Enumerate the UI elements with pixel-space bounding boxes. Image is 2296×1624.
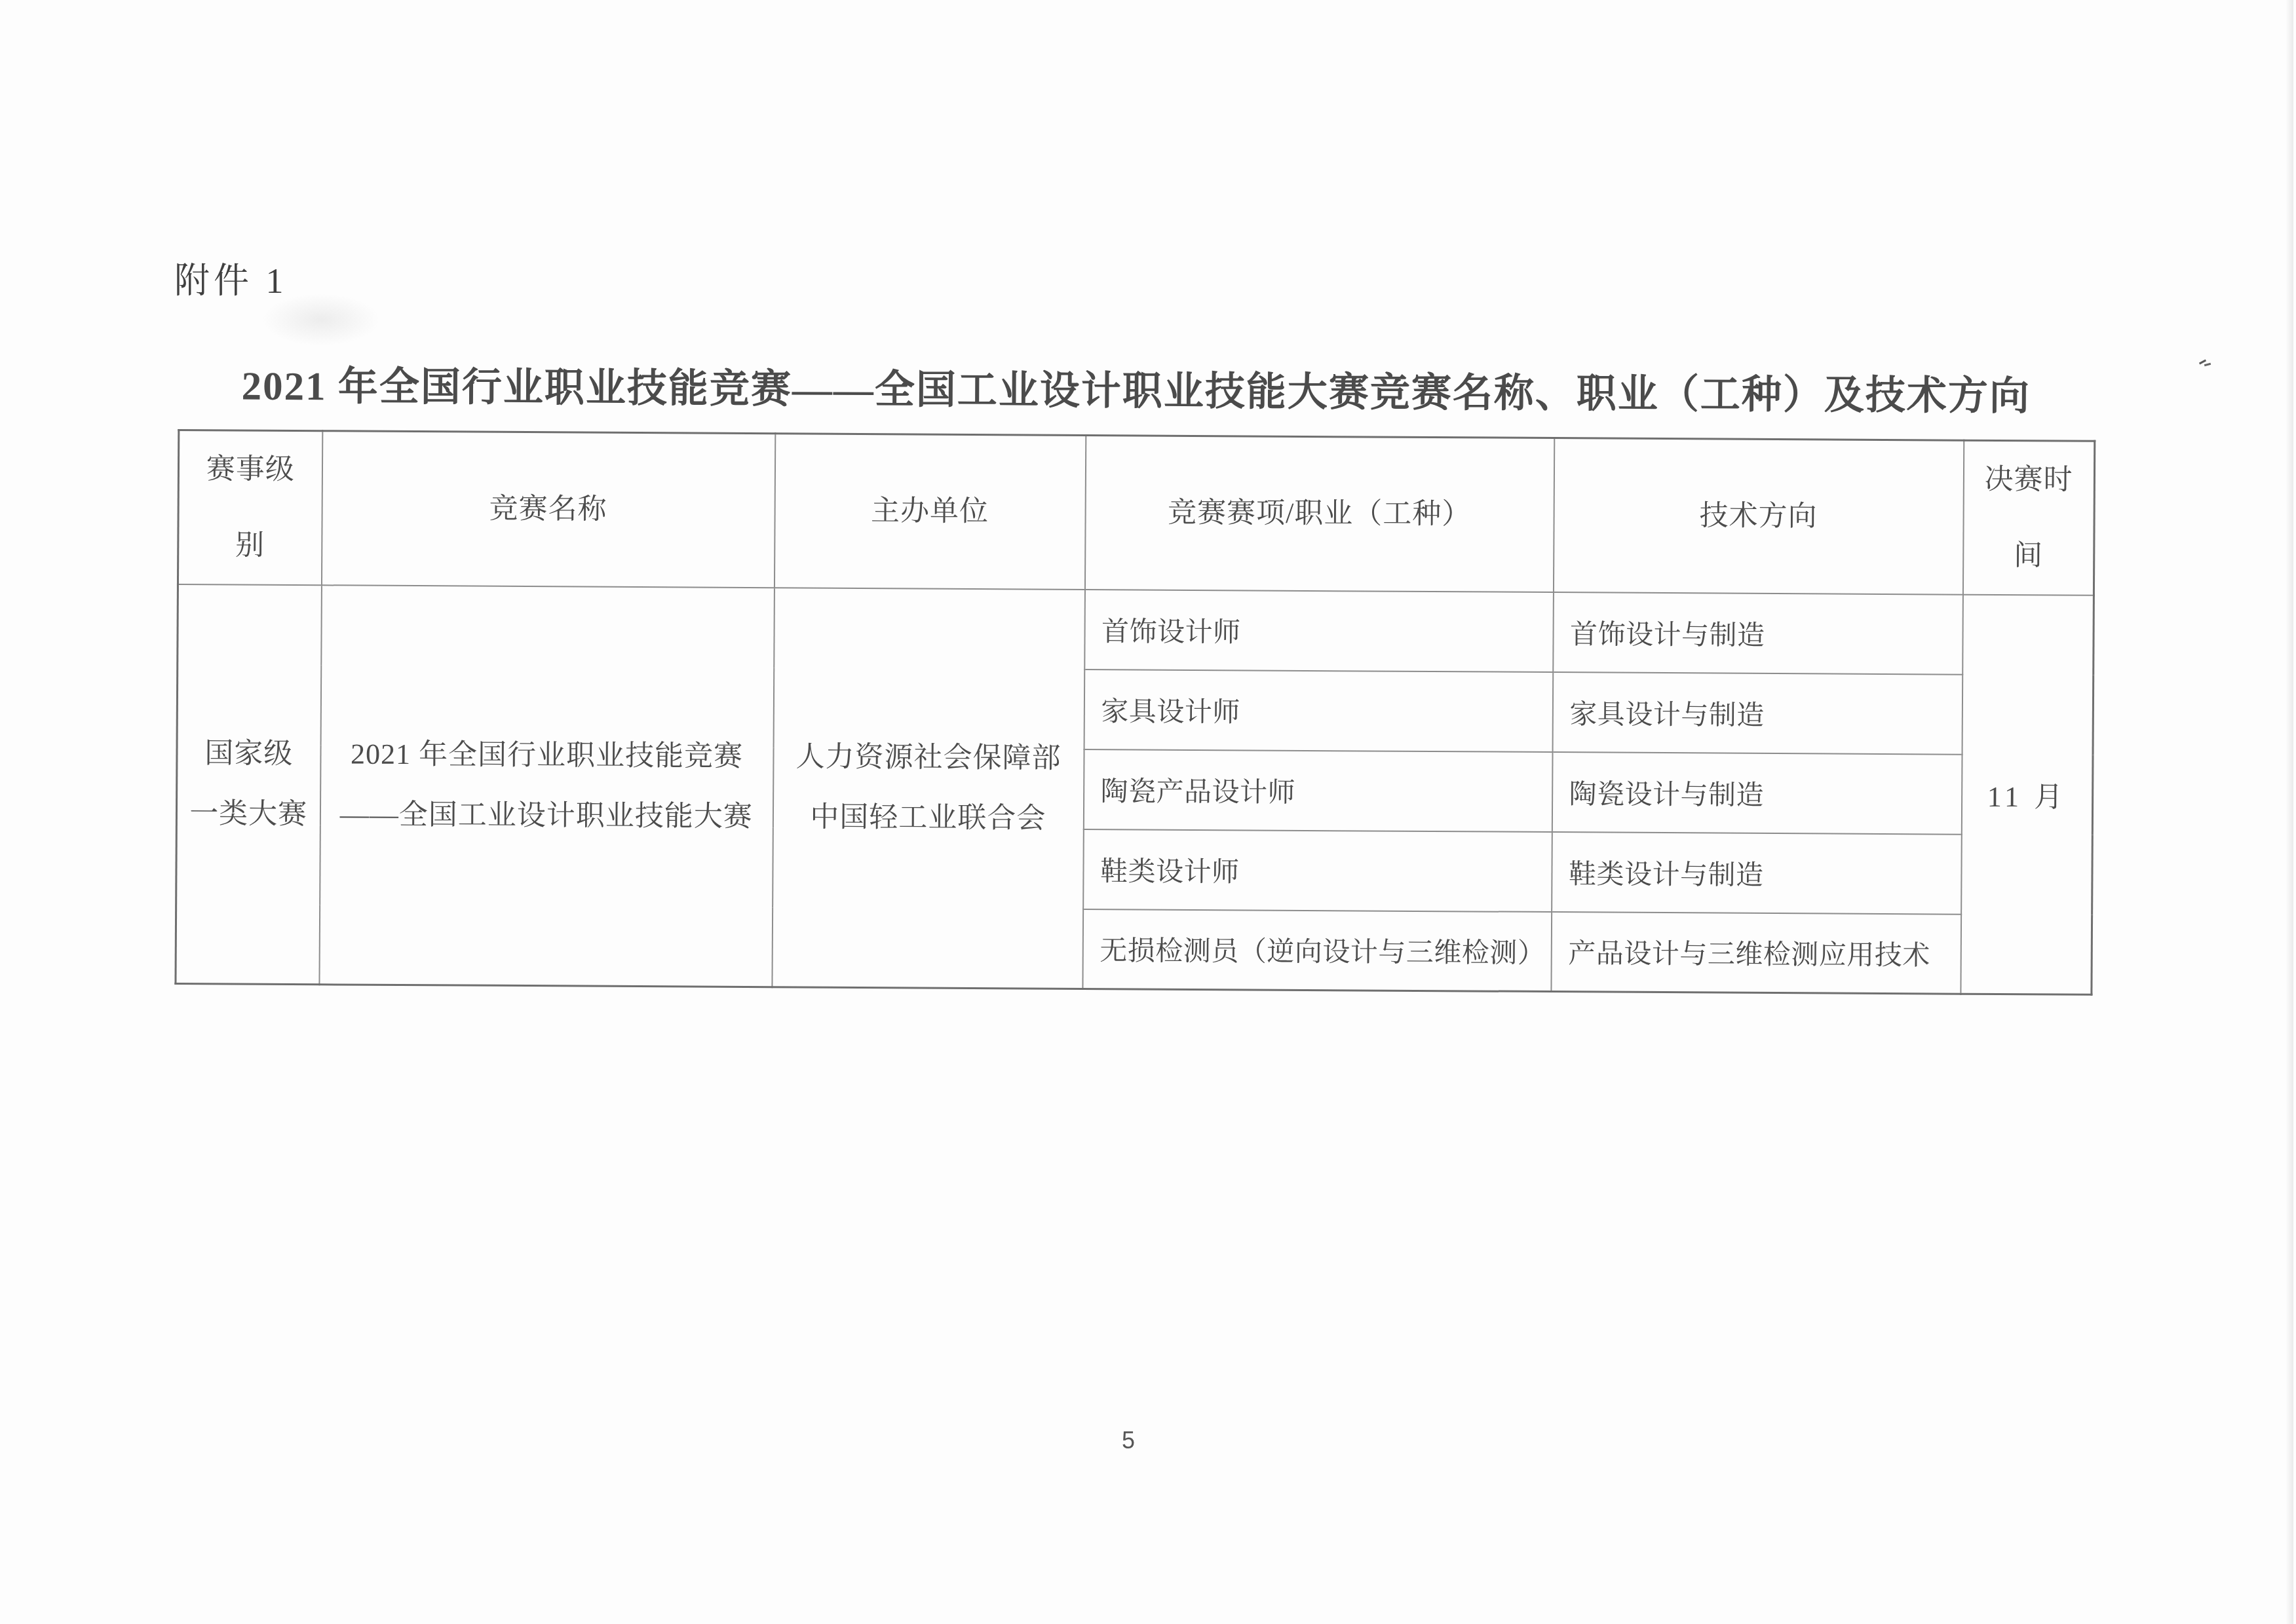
cell-tech-direction: 首饰设计与制造 (1553, 592, 1963, 675)
competition-table: 赛事级别 竞赛名称 主办单位 竞赛赛项/职业（工种） 技术方向 决赛时间 国家级… (174, 429, 2095, 996)
cell-event-level: 国家级 一类大赛 (176, 584, 322, 985)
cell-competition-name: 2021 年全国行业职业技能竞赛 ——全国工业设计职业技能大赛 (319, 585, 775, 987)
event-level-line2: 一类大赛 (178, 784, 320, 844)
cell-event-name: 家具设计师 (1084, 669, 1553, 751)
cell-event-name: 首饰设计师 (1084, 589, 1554, 671)
cell-event-name: 鞋类设计师 (1083, 829, 1552, 911)
organizer-line2: 中国轻工业联合会 (773, 787, 1083, 849)
table-row: 国家级 一类大赛 2021 年全国行业职业技能竞赛 ——全国工业设计职业技能大赛… (178, 584, 2094, 675)
scan-edge-shadow (2286, 0, 2293, 1624)
table-header-row: 赛事级别 竞赛名称 主办单位 竞赛赛项/职业（工种） 技术方向 决赛时间 (178, 430, 2094, 595)
header-tech-direction: 技术方向 (1553, 438, 1963, 595)
organizer-line1: 人力资源社会保障部 (774, 727, 1084, 789)
scan-artifact (2199, 360, 2212, 368)
scan-skew-wrapper: 2021 年全国行业职业技能竞赛——全国工业设计职业技能大赛竞赛名称、职业（工种… (174, 354, 2094, 996)
header-competition-name: 竞赛名称 (321, 431, 775, 588)
cell-organizer: 人力资源社会保障部 中国轻工业联合会 (772, 588, 1085, 989)
cell-tech-direction: 鞋类设计与制造 (1552, 832, 1962, 915)
event-level-line1: 国家级 (178, 723, 320, 784)
cell-tech-direction: 陶瓷设计与制造 (1552, 752, 1962, 835)
cell-tech-direction: 产品设计与三维检测应用技术 (1551, 912, 1961, 994)
attachment-label: 附件 1 (174, 253, 288, 303)
cell-event-name: 陶瓷产品设计师 (1083, 749, 1552, 831)
competition-name-line2: ——全国工业设计职业技能大赛 (320, 785, 773, 848)
cell-final-time: 11 月 (1961, 594, 2094, 994)
header-final-time: 决赛时间 (1962, 440, 2094, 595)
cell-event-name: 无损检测员（逆向设计与三维检测） (1082, 909, 1552, 991)
document-title: 2021 年全国行业职业技能竞赛——全国工业设计职业技能大赛竞赛名称、职业（工种… (178, 354, 2094, 422)
scanned-document-page: { "page": { "attachment_label": "附件 1", … (0, 0, 2296, 1624)
page-number: 5 (1122, 1427, 1135, 1454)
header-organizer: 主办单位 (774, 434, 1085, 590)
header-event-level: 赛事级别 (178, 430, 322, 585)
competition-name-line1: 2021 年全国行业职业技能竞赛 (321, 725, 773, 787)
header-event-occupation: 竞赛赛项/职业（工种） (1084, 435, 1554, 592)
cell-tech-direction: 家具设计与制造 (1552, 672, 1962, 755)
